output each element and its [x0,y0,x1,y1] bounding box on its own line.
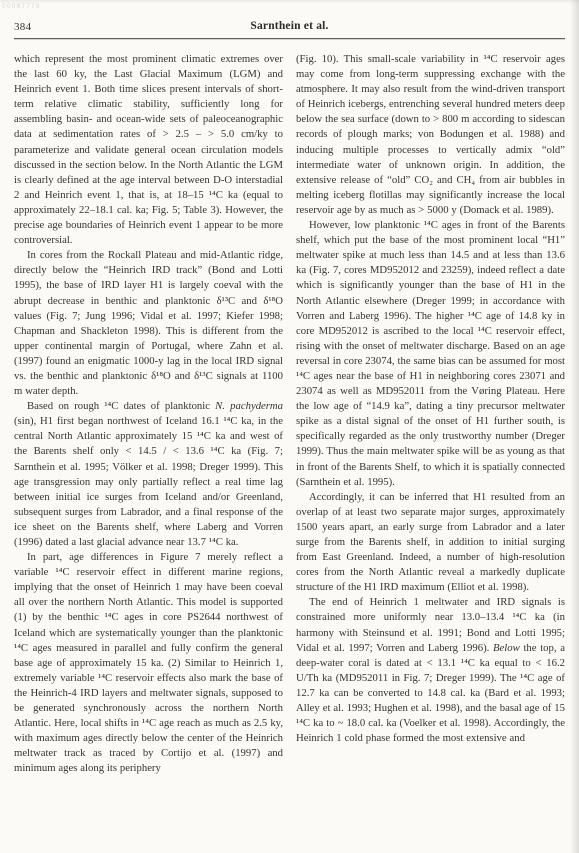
italic-text-run: Below [493,642,520,654]
scan-edge-right [570,0,579,853]
header-rule [14,38,565,39]
scan-watermark: 00087779 [2,3,41,10]
paragraph: However, low planktonic ¹⁴C ages in fron… [296,218,565,490]
text-run: In cores from the Rockall Plateau and mi… [14,249,283,397]
paragraph: In cores from the Rockall Plateau and mi… [14,248,283,399]
page-number: 384 [14,21,31,33]
text-run: which represent the most prominent clima… [14,53,283,246]
left-column: which represent the most prominent clima… [14,52,283,777]
paragraph: In part, age differences in Figure 7 mer… [14,550,283,776]
text-run: However, low planktonic ¹⁴C ages in fron… [296,219,565,488]
paragraph: The end of Heinrich 1 meltwater and IRD … [296,595,565,746]
text-run: Based on rough ¹⁴C dates of planktonic [27,400,215,412]
italic-text-run: N. pachyderma [215,400,283,412]
right-column: (Fig. 10). This small-scale variability … [296,52,565,777]
text-run: Accordingly, it can be inferred that H1 … [296,491,565,594]
journal-page: 00087779 384 Sarnthein et al. which repr… [0,0,579,853]
text-run: (Fig. 10). This small-scale variability … [296,53,565,216]
running-title: Sarnthein et al. [14,20,565,32]
text-run: the top, a deep-water coral is dated at … [296,642,565,745]
text-run: In part, age differences in Figure 7 mer… [14,551,283,774]
page-header: 384 Sarnthein et al. [14,20,565,35]
text-run: (sin), H1 first began northwest of Icela… [14,415,283,548]
scan-edge-top [0,0,579,4]
paragraph: Based on rough ¹⁴C dates of planktonic N… [14,399,283,550]
text-columns: which represent the most prominent clima… [14,52,565,777]
paragraph: Accordingly, it can be inferred that H1 … [296,490,565,596]
paragraph: which represent the most prominent clima… [14,52,283,248]
paragraph: (Fig. 10). This small-scale variability … [296,52,565,218]
